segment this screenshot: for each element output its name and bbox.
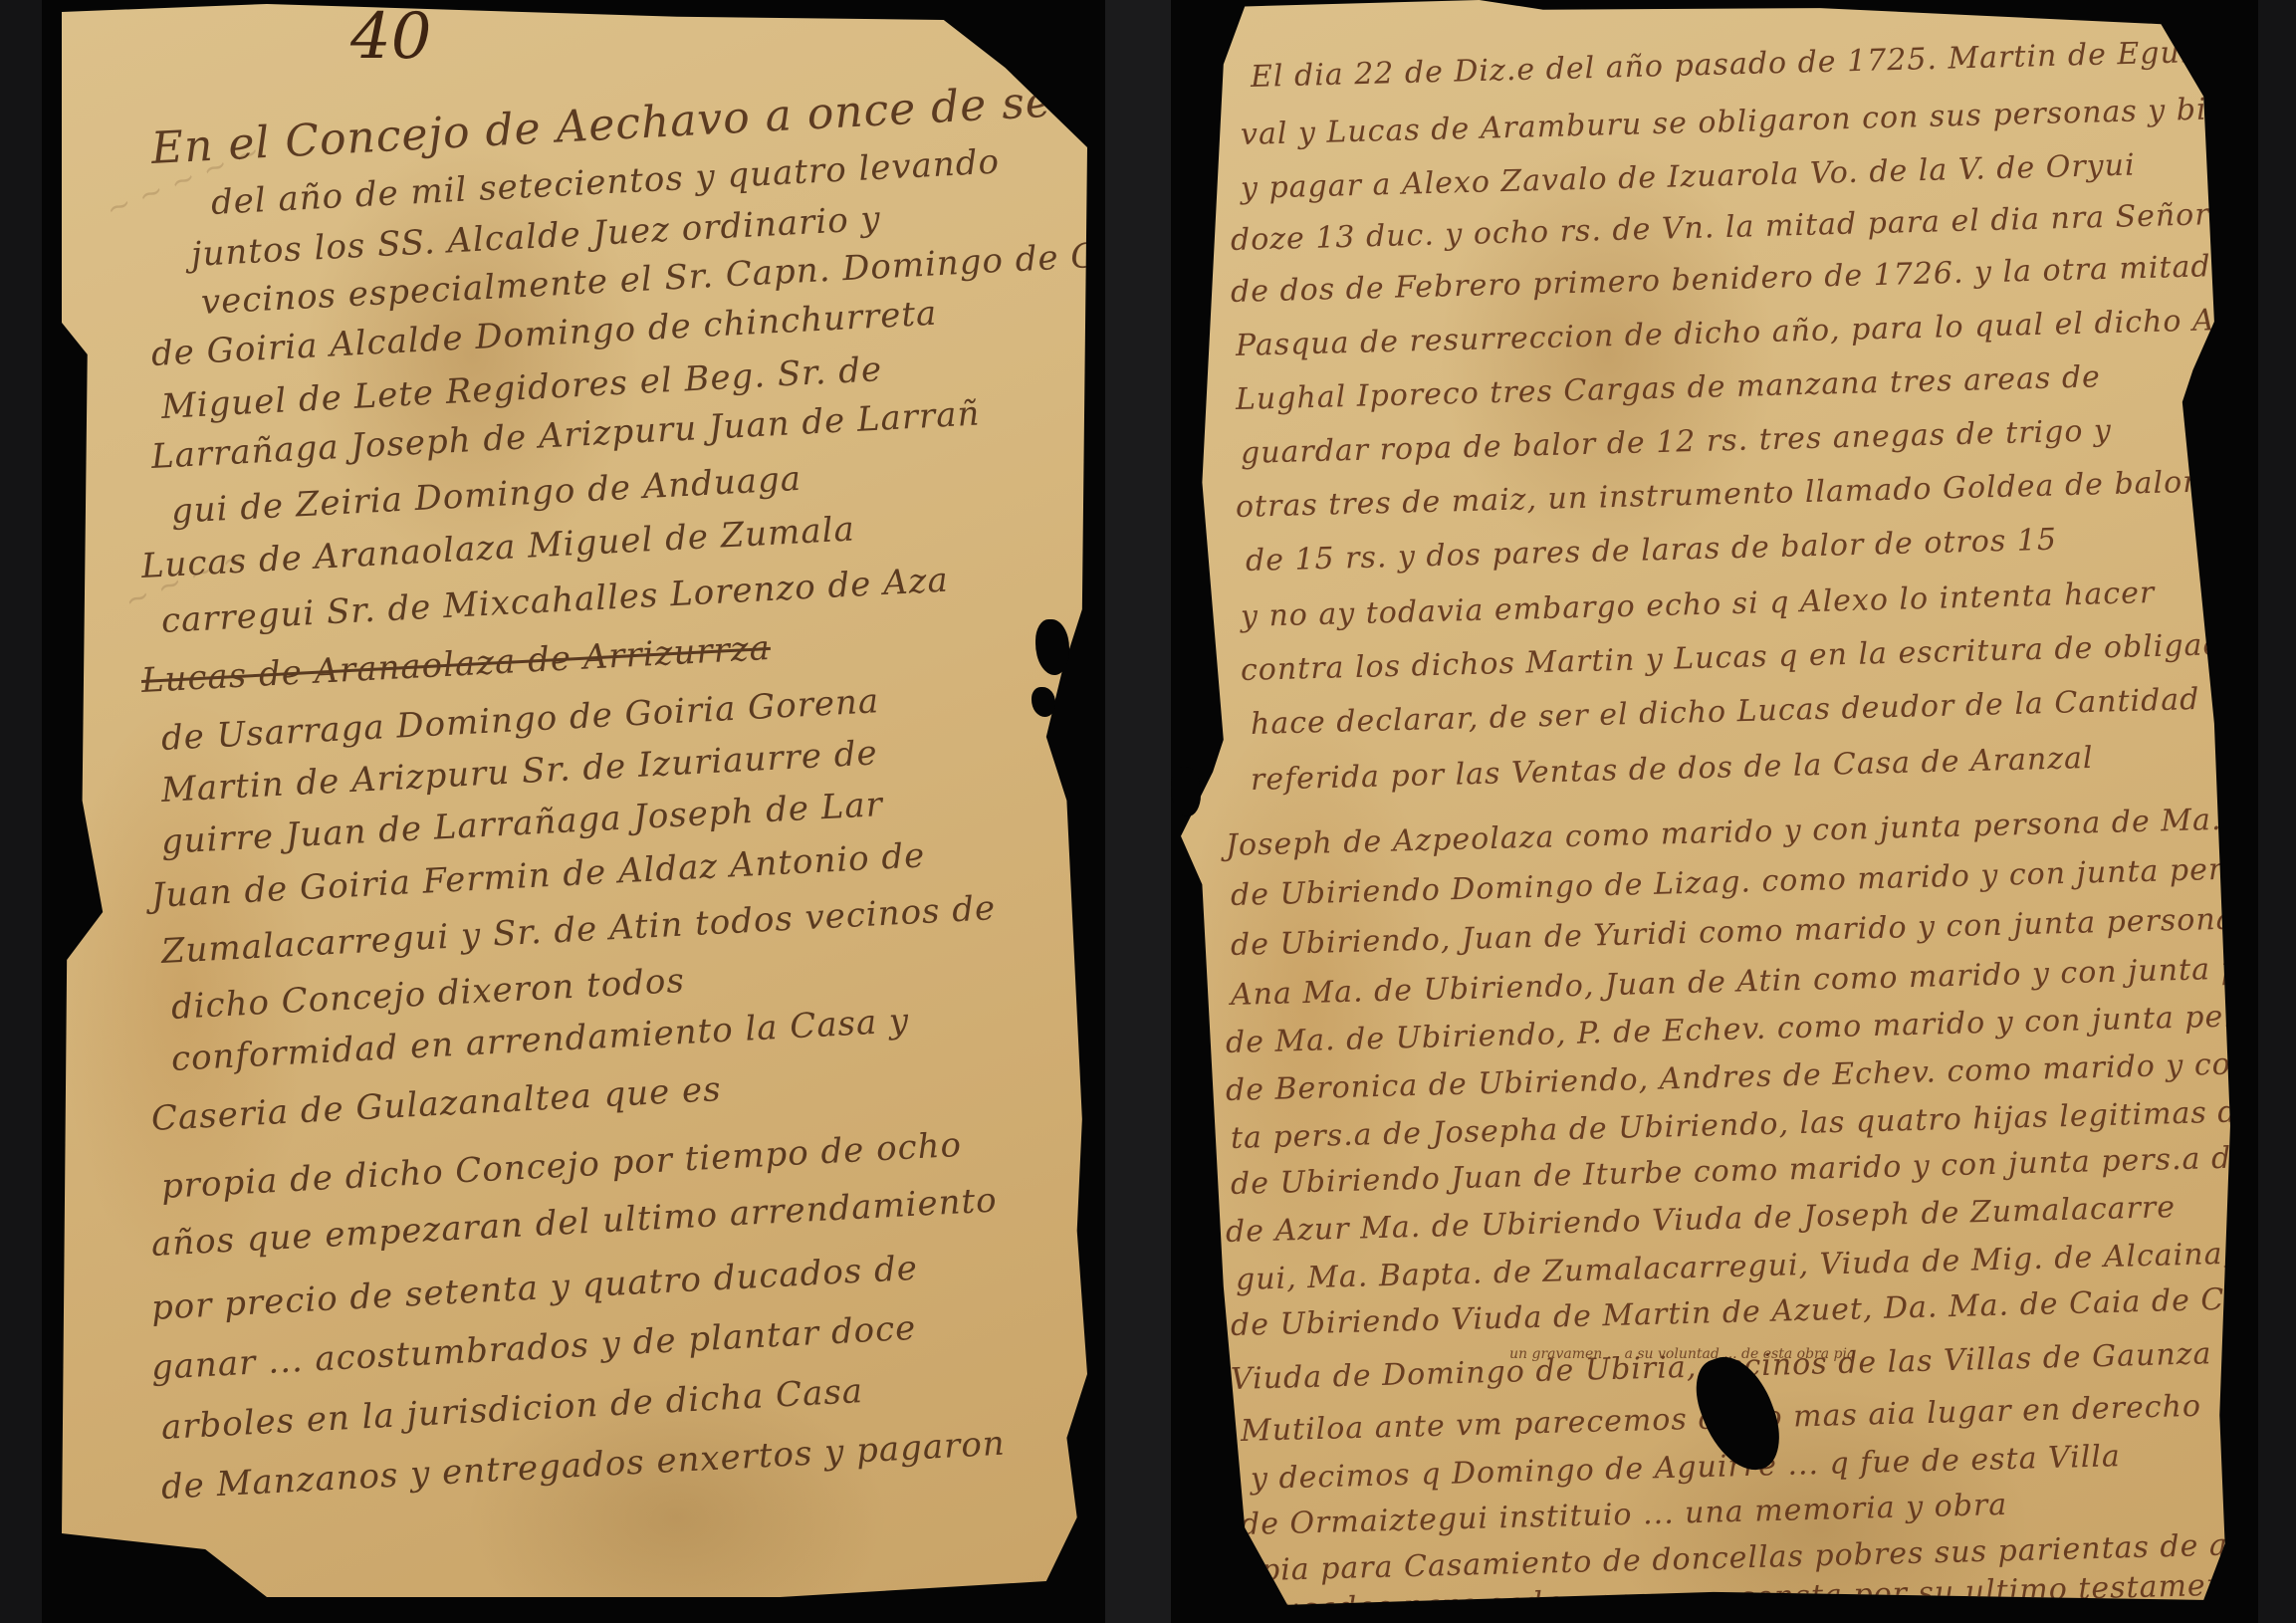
right-margin-background [2258, 0, 2296, 1623]
text-line: El dia 22 de Diz.e del año pasado de 172… [1251, 34, 2227, 95]
text-line: Pasqua de resurreccion de dicho año, par… [1236, 302, 2258, 363]
text-line: de Ormaiztegui instituio ... una memoria… [1241, 1488, 2008, 1542]
left-margin-background [0, 0, 42, 1623]
paper-hole [1171, 767, 1201, 816]
text-line: Caseria de Gulazanaltea que es [150, 1069, 723, 1139]
text-line: Joseph de Azpeolaza como marido y con ju… [1226, 801, 2258, 863]
text-line: y no ay todavia embargo echo si q Alexo … [1241, 576, 2156, 634]
text-line: doze 13 duc. y ocho rs. de Vn. la mitad … [1231, 197, 2229, 258]
text-line: contra los dichos Martin y Lucas q en la… [1241, 625, 2258, 688]
text-line: otras tres de maiz, un instrumento llama… [1236, 465, 2198, 525]
left-manuscript-panel: 40 ~ ~ ~ ~ ~ ~ ~ ~ ~ En el Concejo de Ae… [42, 0, 1105, 1623]
text-line-strikethrough: Lucas de Aranaolaza de Arrizurrza [140, 628, 772, 701]
paper-hole [1032, 687, 1055, 717]
text-line: de Ubiriendo, Juan de Yuridi como marido… [1231, 900, 2258, 963]
text-line: de 15 rs. y dos pares de laras de balor … [1246, 523, 2058, 579]
text-line: val y Lucas de Aramburu se obligaron con… [1241, 88, 2258, 152]
left-manuscript-page: 40 ~ ~ ~ ~ ~ ~ ~ ~ ~ En el Concejo de Ae… [62, 4, 1087, 1597]
text-line: hace declarar, de ser el dicho Lucas deu… [1251, 682, 2200, 742]
text-line: y pagar a Alexo Zavalo de Izuarola Vo. d… [1241, 147, 2136, 206]
right-manuscript-panel: El dia 22 de Diz.e del año pasado de 172… [1171, 0, 2258, 1623]
center-gutter [1105, 0, 1171, 1623]
text-line: referida por las Ventas de dos de la Cas… [1251, 741, 2094, 798]
text-line: guardar ropa de balor de 12 rs. tres ane… [1241, 413, 2113, 471]
text-line: de dos de Febrero primero benidero de 17… [1231, 247, 2258, 310]
text-line: de Azur Ma. de Ubiriendo Viuda de Joseph… [1226, 1190, 2177, 1250]
text-line: Lughal Iporeco tres Cargas de manzana tr… [1236, 359, 2102, 417]
left-page-text: En el Concejo de Aechavo a once de setie… [62, 4, 1087, 1597]
